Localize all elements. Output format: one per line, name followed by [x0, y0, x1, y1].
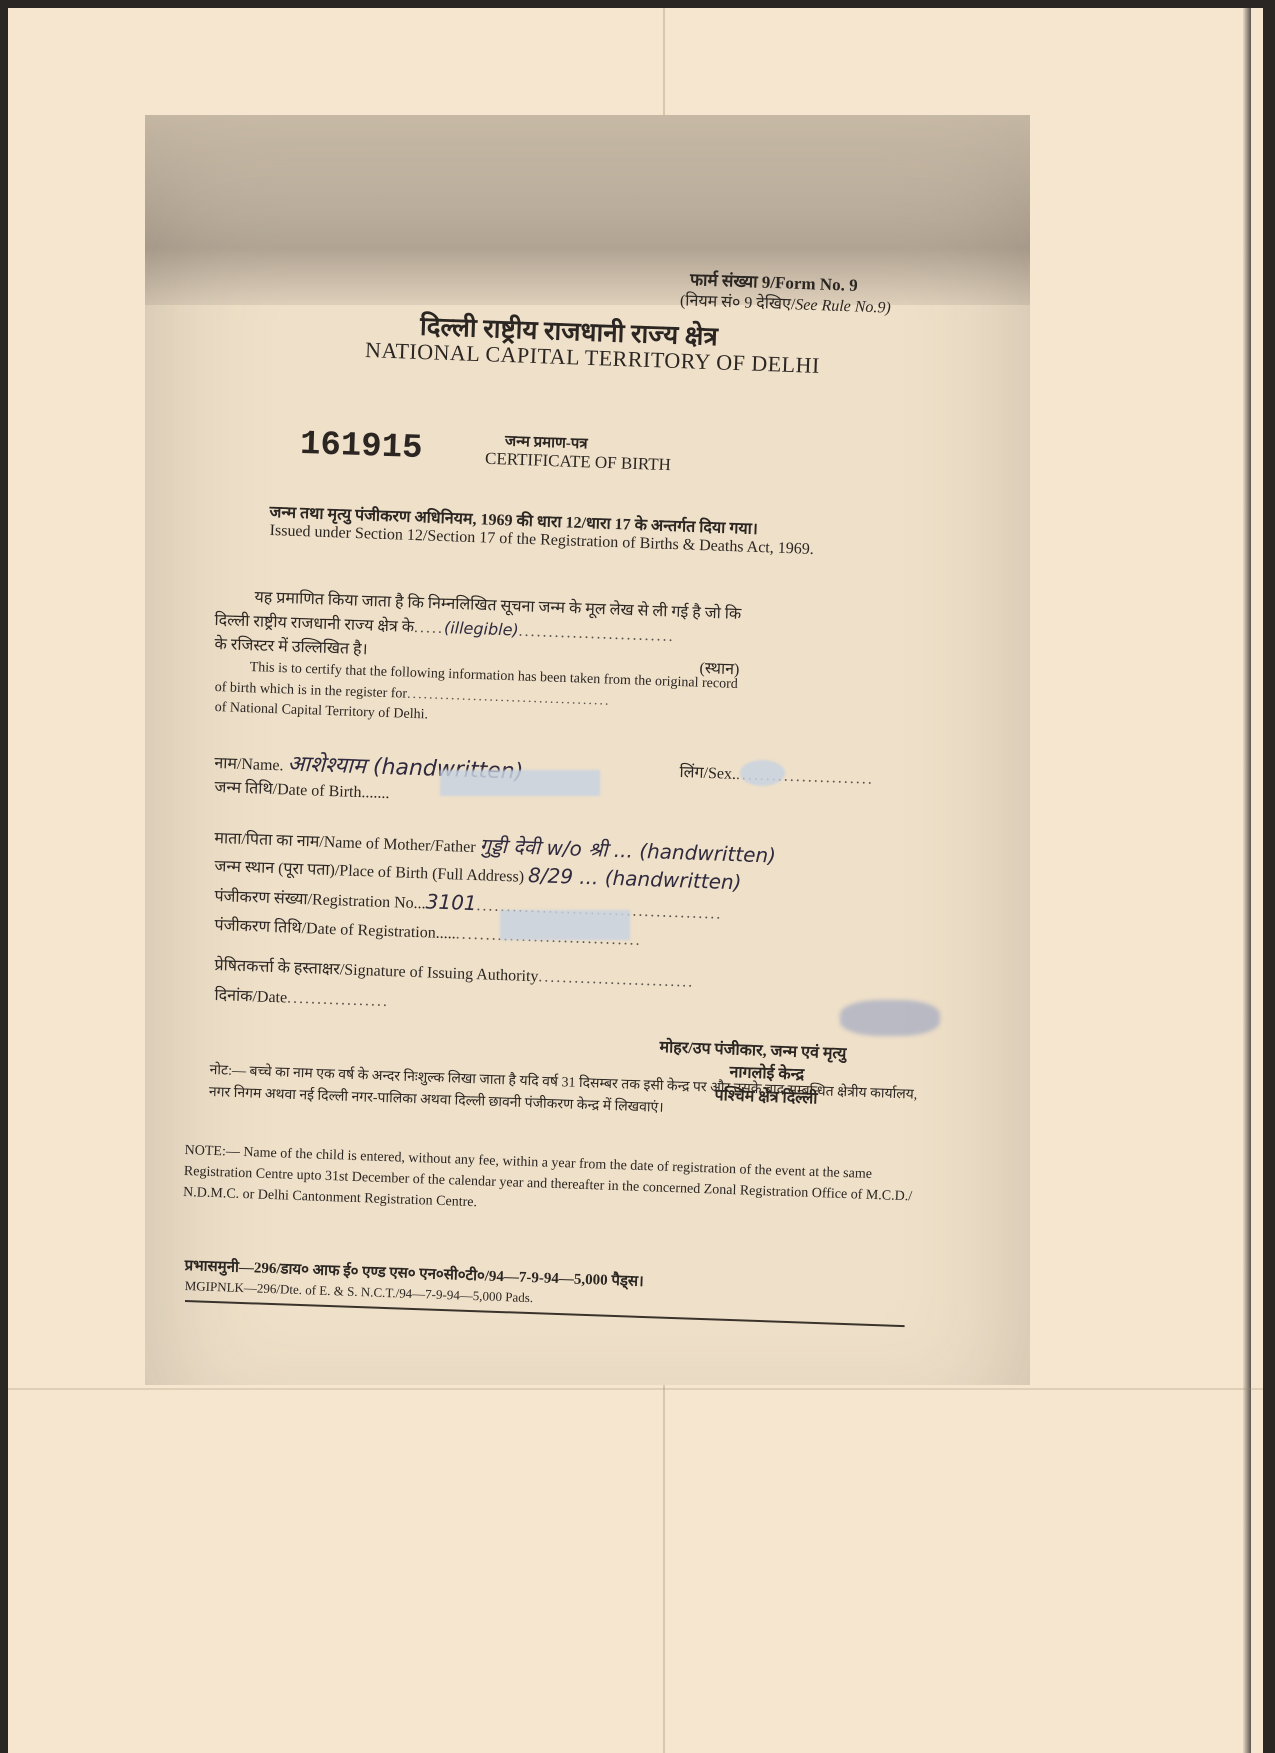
serial-number: 161915: [299, 426, 423, 468]
redacted-sex: [740, 760, 785, 786]
redacted-registration-date: [500, 910, 630, 940]
redacted-date-of-birth: [440, 770, 600, 796]
fold-line-horizontal: [8, 1388, 1263, 1390]
paper-edge: [1243, 8, 1251, 1753]
official-stamp: [840, 1000, 940, 1036]
photocopy-smudge: [145, 115, 1030, 305]
